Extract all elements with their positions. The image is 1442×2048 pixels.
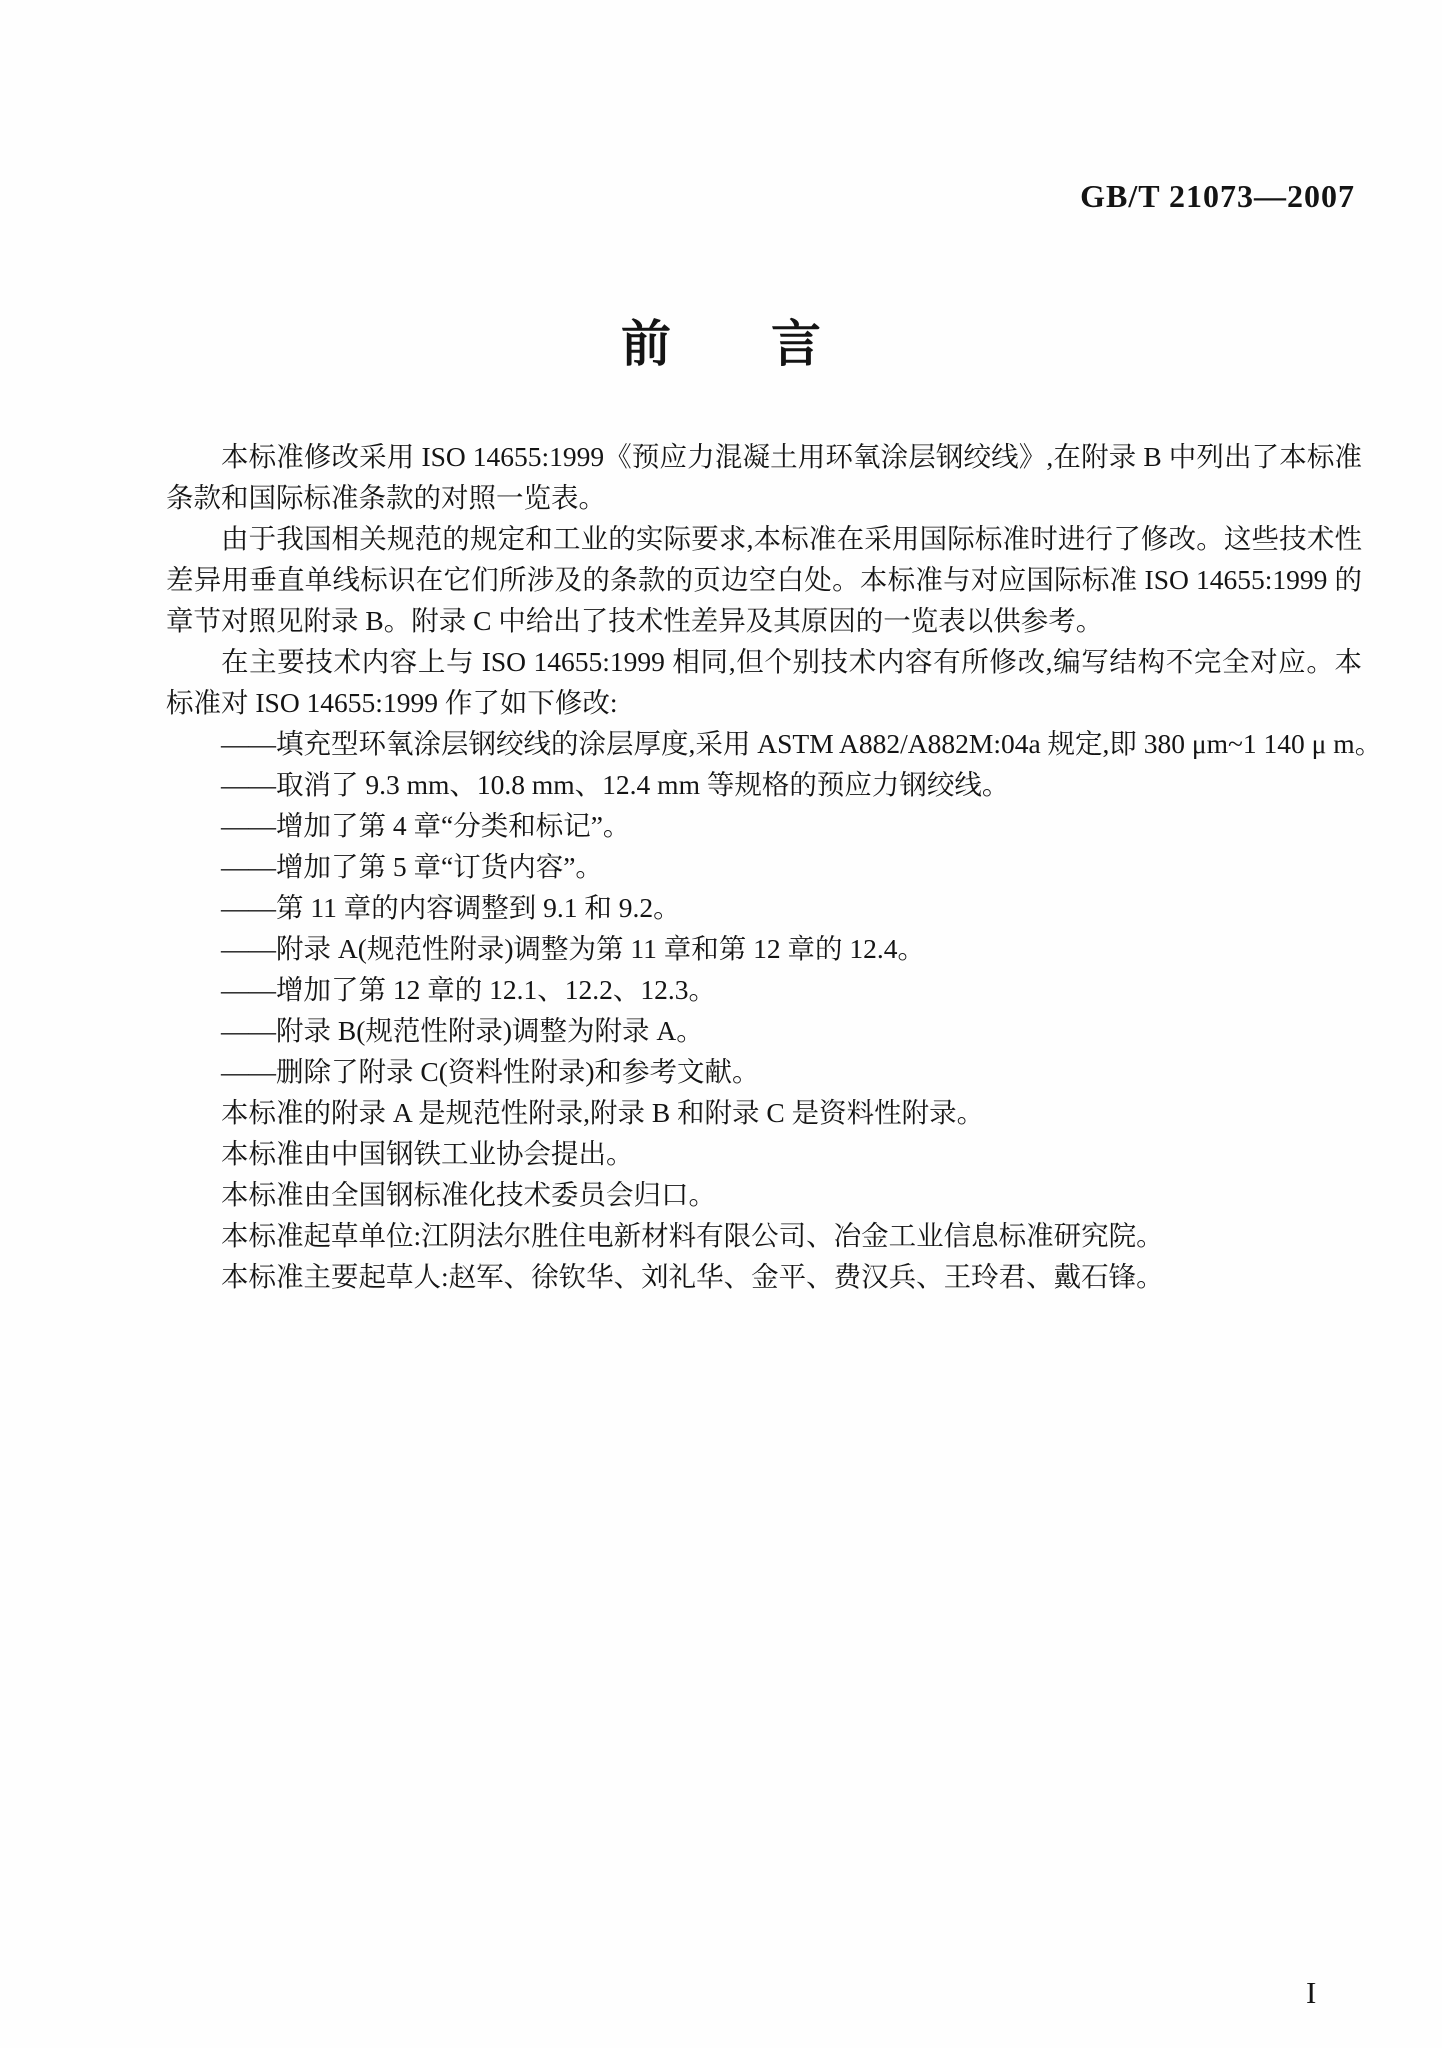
- statement-line: 本标准由中国钢铁工业协会提出。: [166, 1133, 1362, 1174]
- page-title: 前 言: [0, 304, 1442, 376]
- foreword-paragraph: 由于我国相关规范的规定和工业的实际要求,本标准在采用国际标准时进行了修改。这些技…: [166, 518, 1362, 641]
- modification-item: ——增加了第 4 章“分类和标记”。: [166, 805, 1362, 846]
- modification-item: ——第 11 章的内容调整到 9.1 和 9.2。: [166, 887, 1362, 928]
- modification-item: ——附录 B(规范性附录)调整为附录 A。: [166, 1010, 1362, 1051]
- statement-line: 本标准起草单位:江阴法尔胜住电新材料有限公司、冶金工业信息标准研究院。: [166, 1215, 1362, 1256]
- foreword-body: 本标准修改采用 ISO 14655:1999《预应力混凝土用环氧涂层钢绞线》,在…: [166, 436, 1362, 1297]
- foreword-paragraph: 在主要技术内容上与 ISO 14655:1999 相同,但个别技术内容有所修改,…: [166, 641, 1362, 723]
- page-number: I: [1306, 1975, 1316, 2011]
- modification-item: ——附录 A(规范性附录)调整为第 11 章和第 12 章的 12.4。: [166, 928, 1362, 969]
- foreword-paragraph: 本标准修改采用 ISO 14655:1999《预应力混凝土用环氧涂层钢绞线》,在…: [166, 436, 1362, 518]
- modification-item: ——增加了第 12 章的 12.1、12.2、12.3。: [166, 969, 1362, 1010]
- statement-line: 本标准主要起草人:赵军、徐钦华、刘礼华、金平、费汉兵、王玲君、戴石锋。: [166, 1256, 1362, 1297]
- modification-item: ——取消了 9.3 mm、10.8 mm、12.4 mm 等规格的预应力钢绞线。: [166, 764, 1362, 805]
- modification-item: ——填充型环氧涂层钢绞线的涂层厚度,采用 ASTM A882/A882M:04a…: [166, 723, 1362, 764]
- statement-line: 本标准由全国钢标准化技术委员会归口。: [166, 1174, 1362, 1215]
- modification-item: ——删除了附录 C(资料性附录)和参考文献。: [166, 1051, 1362, 1092]
- standard-code: GB/T 21073—2007: [0, 178, 1355, 215]
- statement-line: 本标准的附录 A 是规范性附录,附录 B 和附录 C 是资料性附录。: [166, 1092, 1362, 1133]
- modification-item: ——增加了第 5 章“订货内容”。: [166, 846, 1362, 887]
- document-page: GB/T 21073—2007 前 言 本标准修改采用 ISO 14655:19…: [0, 0, 1442, 2048]
